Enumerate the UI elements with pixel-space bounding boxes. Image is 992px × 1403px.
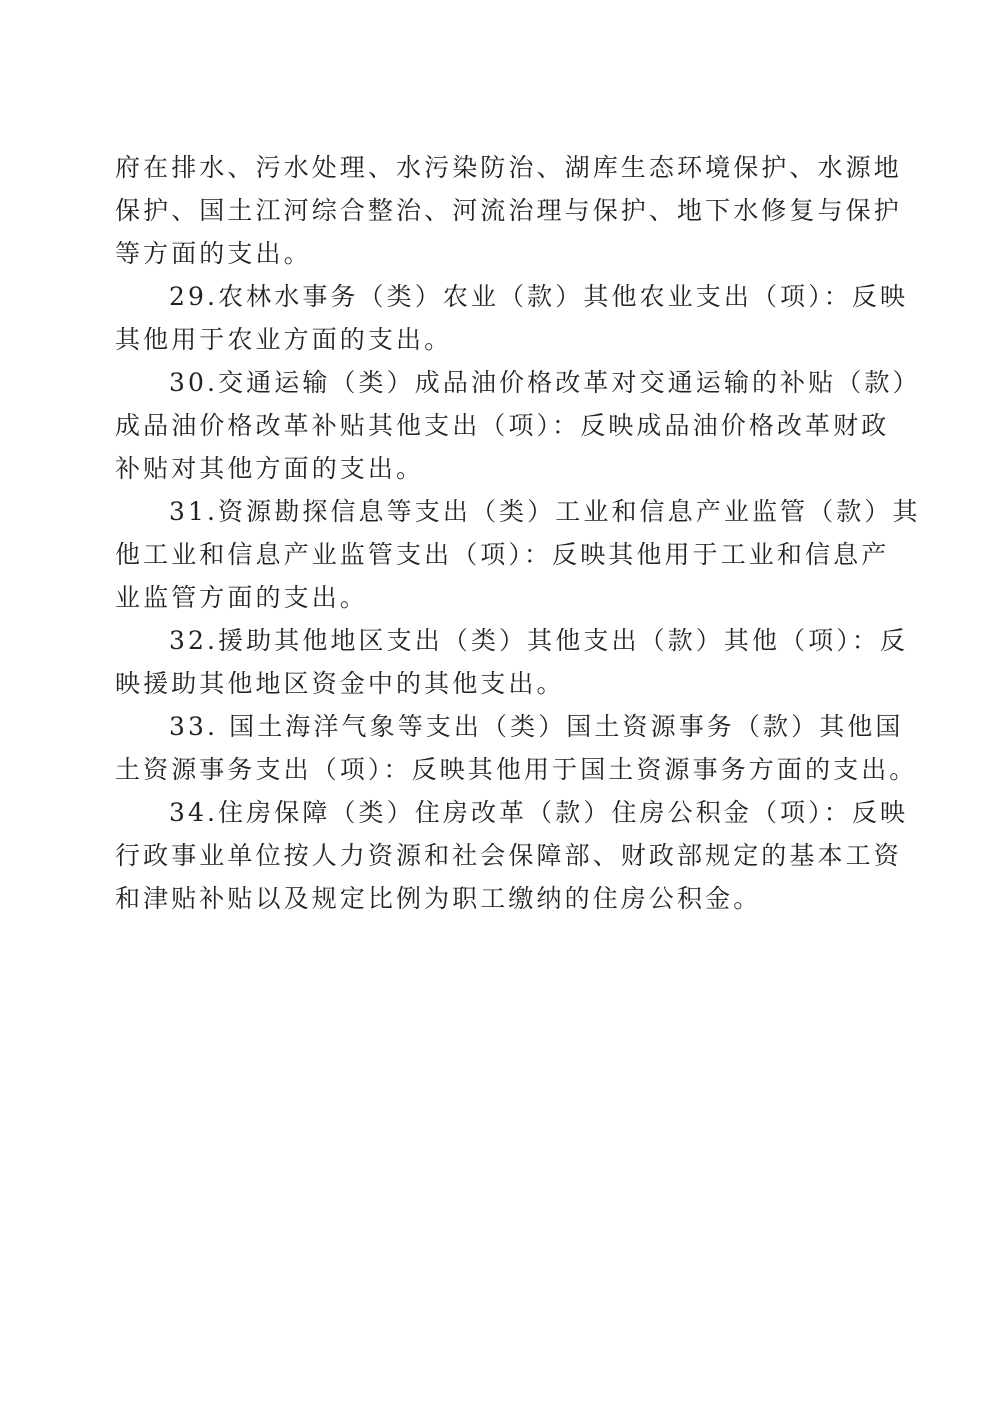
paragraph-item-30: 30.交通运输（类）成品油价格改革对交通运输的补贴（款） 成品油价格改革补贴其他… — [115, 361, 875, 490]
paragraph-item-34: 34.住房保障（类）住房改革（款）住房公积金（项）：反映 行政事业单位按人力资源… — [115, 791, 875, 920]
text-line: 映援助其他地区资金中的其他支出。 — [115, 662, 875, 705]
text-line: 33. 国土海洋气象等支出（类）国土资源事务（款）其他国 — [115, 705, 875, 748]
text-line: 其他用于农业方面的支出。 — [115, 318, 875, 361]
text-line: 29.农林水事务（类）农业（款）其他农业支出（项）：反映 — [115, 275, 875, 318]
text-line: 土资源事务支出（项）：反映其他用于国土资源事务方面的支出。 — [115, 748, 875, 791]
text-line: 等方面的支出。 — [115, 232, 875, 275]
paragraph-item-31: 31.资源勘探信息等支出（类）工业和信息产业监管（款）其 他工业和信息产业监管支… — [115, 490, 875, 619]
text-line: 34.住房保障（类）住房改革（款）住房公积金（项）：反映 — [115, 791, 875, 834]
paragraph-item-33: 33. 国土海洋气象等支出（类）国土资源事务（款）其他国 土资源事务支出（项）：… — [115, 705, 875, 791]
text-line: 31.资源勘探信息等支出（类）工业和信息产业监管（款）其 — [115, 490, 875, 533]
paragraph-continuation: 府在排水、污水处理、水污染防治、湖库生态环境保护、水源地 保护、国土江河综合整治… — [115, 146, 875, 275]
text-line: 业监管方面的支出。 — [115, 576, 875, 619]
paragraph-item-32: 32.援助其他地区支出（类）其他支出（款）其他（项）：反 映援助其他地区资金中的… — [115, 619, 875, 705]
text-line: 府在排水、污水处理、水污染防治、湖库生态环境保护、水源地 — [115, 146, 875, 189]
paragraph-item-29: 29.农林水事务（类）农业（款）其他农业支出（项）：反映 其他用于农业方面的支出… — [115, 275, 875, 361]
text-line: 行政事业单位按人力资源和社会保障部、财政部规定的基本工资 — [115, 834, 875, 877]
document-page: 府在排水、污水处理、水污染防治、湖库生态环境保护、水源地 保护、国土江河综合整治… — [115, 146, 875, 920]
text-line: 他工业和信息产业监管支出（项）：反映其他用于工业和信息产 — [115, 533, 875, 576]
text-line: 保护、国土江河综合整治、河流治理与保护、地下水修复与保护 — [115, 189, 875, 232]
text-line: 补贴对其他方面的支出。 — [115, 447, 875, 490]
text-line: 成品油价格改革补贴其他支出（项）：反映成品油价格改革财政 — [115, 404, 875, 447]
text-line: 和津贴补贴以及规定比例为职工缴纳的住房公积金。 — [115, 877, 875, 920]
text-line: 32.援助其他地区支出（类）其他支出（款）其他（项）：反 — [115, 619, 875, 662]
text-line: 30.交通运输（类）成品油价格改革对交通运输的补贴（款） — [115, 361, 875, 404]
